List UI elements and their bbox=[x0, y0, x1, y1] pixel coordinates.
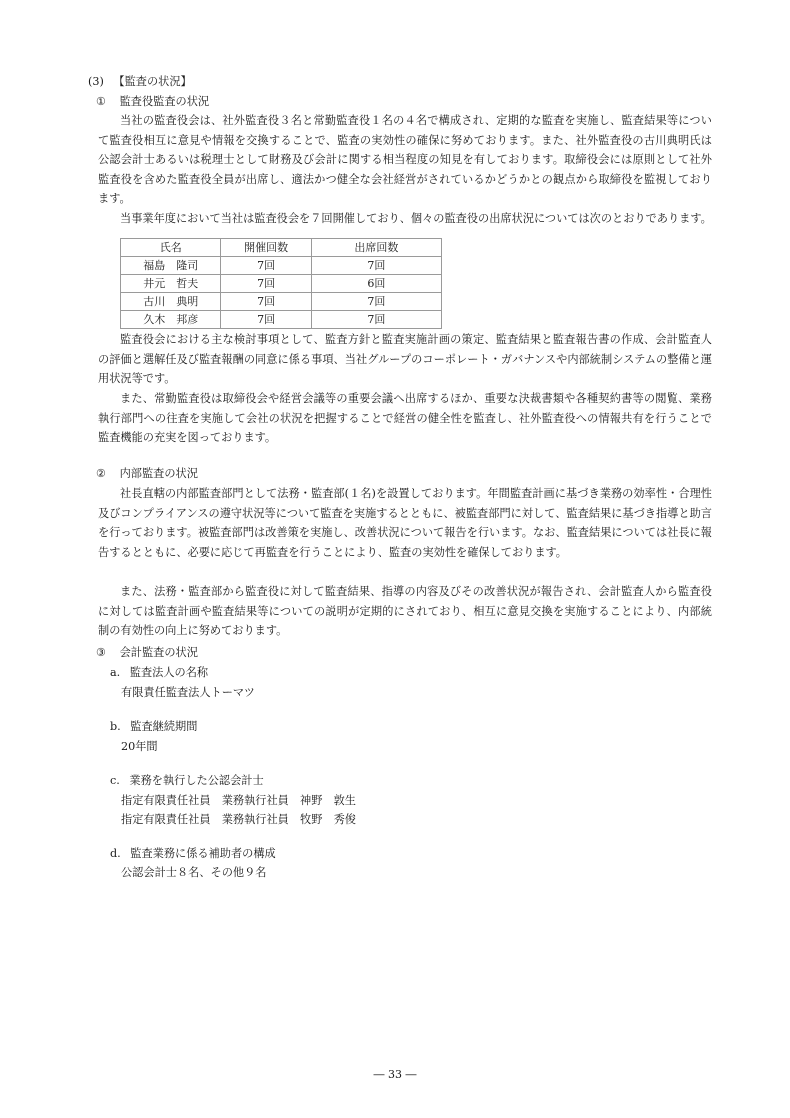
table-cell: 久木 邦彦 bbox=[121, 311, 221, 329]
table-cell: 7回 bbox=[221, 311, 311, 329]
table-cell: 6回 bbox=[311, 275, 441, 293]
paragraph-fulltime-auditor: また、常勤監査役は取締役会や経営会議等の重要会議へ出席するほか、重要な決裁書類や… bbox=[98, 389, 712, 448]
item-c-heading: c. 業務を執行した公認会計士 bbox=[110, 771, 264, 791]
table-header-row: 氏名 開催回数 出席回数 bbox=[121, 239, 442, 257]
item-label: a. bbox=[110, 666, 120, 679]
item-label: c. bbox=[110, 774, 120, 787]
subsection-marker: ③ bbox=[96, 646, 106, 659]
item-a-heading: a. 監査法人の名称 bbox=[110, 663, 208, 683]
table-row: 古川 典明 7回 7回 bbox=[121, 293, 442, 311]
subsection-title: 会計監査の状況 bbox=[120, 646, 198, 659]
table-row: 福島 隆司 7回 7回 bbox=[121, 257, 442, 275]
table-header: 出席回数 bbox=[311, 239, 441, 257]
item-title: 監査継続期間 bbox=[130, 720, 197, 733]
audit-period: 20年間 bbox=[121, 737, 158, 757]
table-cell: 7回 bbox=[221, 275, 311, 293]
table-row: 久木 邦彦 7回 7回 bbox=[121, 311, 442, 329]
subsection-2-heading: ② 内部監査の状況 bbox=[96, 464, 198, 484]
assistants-composition: 公認会計士８名、その他９名 bbox=[121, 863, 266, 883]
table-header: 開催回数 bbox=[221, 239, 311, 257]
section-heading: (3) 【監査の状況】 bbox=[88, 72, 192, 92]
table-row: 井元 哲夫 7回 6回 bbox=[121, 275, 442, 293]
item-label: d. bbox=[110, 847, 121, 860]
item-title: 監査業務に係る補助者の構成 bbox=[130, 847, 275, 860]
table-cell: 7回 bbox=[311, 293, 441, 311]
table-cell: 7回 bbox=[221, 257, 311, 275]
paragraph-internal-audit-coordination: また、法務・監査部から監査役に対して監査結果、指導の内容及びその改善状況が報告さ… bbox=[98, 582, 712, 641]
paragraph-main-topics: 監査役会における主な検討事項として、監査方針と監査実施計画の策定、監査結果と監査… bbox=[98, 330, 712, 389]
subsection-marker: ② bbox=[96, 467, 106, 480]
table-cell: 井元 哲夫 bbox=[121, 275, 221, 293]
table-cell: 7回 bbox=[221, 293, 311, 311]
item-d-heading: d. 監査業務に係る補助者の構成 bbox=[110, 844, 276, 864]
subsection-1-heading: ① 監査役監査の状況 bbox=[96, 92, 209, 112]
table-header: 氏名 bbox=[121, 239, 221, 257]
item-title: 業務を執行した公認会計士 bbox=[129, 774, 263, 787]
section-number: (3) bbox=[88, 75, 104, 88]
cpa-line-2: 指定有限責任社員 業務執行社員 牧野 秀俊 bbox=[121, 810, 356, 830]
paragraph-audit-board-composition: 当社の監査役会は、社外監査役３名と常勤監査役１名の４名で構成され、定期的な監査を… bbox=[98, 111, 712, 209]
table-cell: 古川 典明 bbox=[121, 293, 221, 311]
attendance-table: 氏名 開催回数 出席回数 福島 隆司 7回 7回 井元 哲夫 7回 6回 古川 … bbox=[120, 238, 442, 329]
subsection-3-heading: ③ 会計監査の状況 bbox=[96, 643, 198, 663]
subsection-marker: ① bbox=[96, 95, 106, 108]
table-cell: 7回 bbox=[311, 311, 441, 329]
section-title: 【監査の状況】 bbox=[113, 75, 191, 88]
page-number: ― 33 ― bbox=[0, 1068, 790, 1081]
subsection-title: 監査役監査の状況 bbox=[120, 95, 210, 108]
table-cell: 福島 隆司 bbox=[121, 257, 221, 275]
subsection-title: 内部監査の状況 bbox=[120, 467, 198, 480]
table-cell: 7回 bbox=[311, 257, 441, 275]
item-label: b. bbox=[110, 720, 121, 733]
item-b-heading: b. 監査継続期間 bbox=[110, 717, 197, 737]
item-title: 監査法人の名称 bbox=[130, 666, 208, 679]
paragraph-attendance-intro: 当事業年度において当社は監査役会を７回開催しており、個々の監査役の出席状況につい… bbox=[98, 209, 712, 229]
audit-firm-name: 有限責任監査法人トーマツ bbox=[121, 683, 255, 703]
paragraph-internal-audit: 社長直轄の内部監査部門として法務・監査部(１名)を設置しております。年間監査計画… bbox=[98, 484, 712, 562]
cpa-line-1: 指定有限責任社員 業務執行社員 神野 敦生 bbox=[121, 791, 356, 811]
